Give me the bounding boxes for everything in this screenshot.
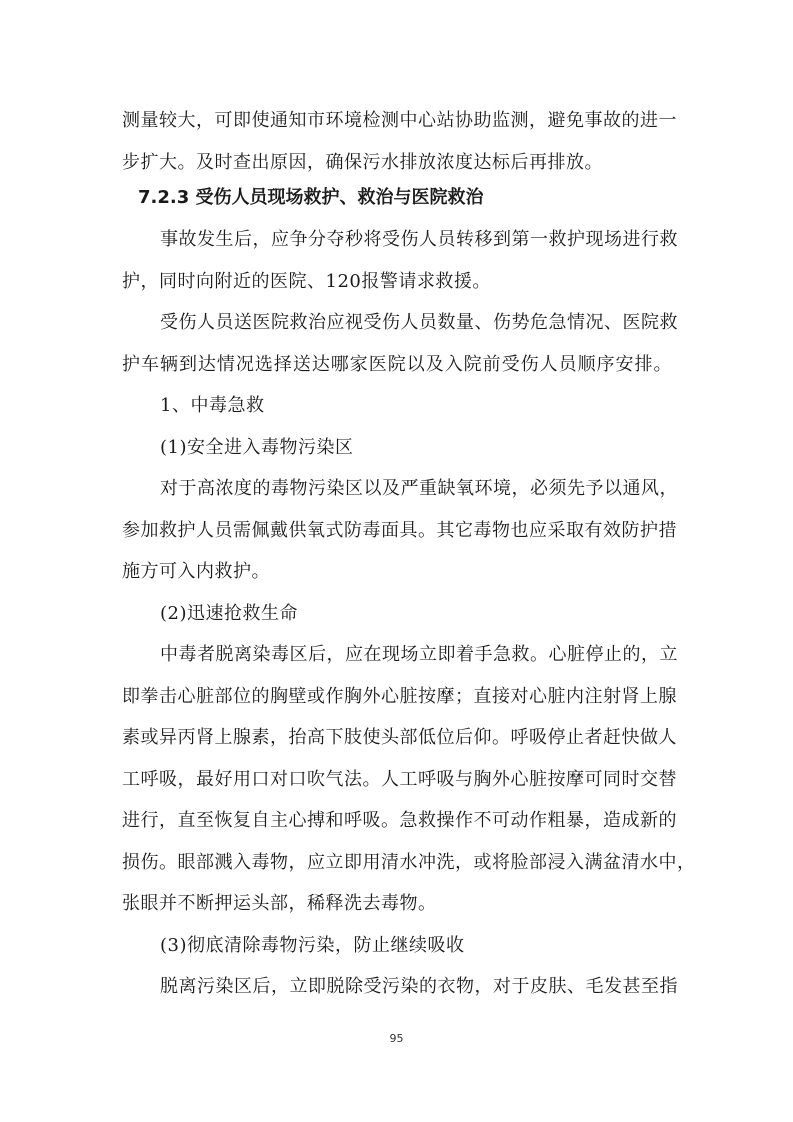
text-line: 对于高浓度的毒物污染区以及严重缺氧环境，必须先予以通风，	[122, 468, 672, 510]
section-heading: 7.2.3 受伤人员现场救护、救治与医院救治	[122, 183, 672, 219]
text-line: 参加救护人员需佩戴供氧式防毒面具。其它毒物也应采取有效防护措	[122, 510, 672, 552]
text-line: 步扩大。及时查出原因，确保污水排放浓度达标后再排放。	[122, 142, 672, 184]
text-line: 脱离污染区后，立即脱除受污染的衣物，对于皮肤、毛发甚至指	[122, 966, 672, 1008]
text-line: 素或异丙肾上腺素，抬高下肢使头部低位后仰。呼吸停止者赶快做人	[122, 717, 672, 759]
subsection-heading: (2)迅速抢救生命	[122, 593, 672, 635]
text-line: 中毒者脱离染毒区后，应在现场立即着手急救。心脏停止的，立	[122, 634, 672, 676]
document-page: 测量较大，可即使通知市环境检测中心站协助监测，避免事故的进一 步扩大。及时查出原…	[122, 100, 672, 1008]
text-line: 损伤。眼部溅入毒物，应立即用清水冲洗，或将脸部浸入满盆清水中，	[122, 842, 672, 884]
page-number: 95	[0, 1032, 793, 1045]
text-line: 工呼吸，最好用口对口吹气法。人工呼吸与胸外心脏按摩可同时交替	[122, 759, 672, 801]
text-line: 即拳击心脏部位的胸壁或作胸外心脏按摩；直接对心脏内注射肾上腺	[122, 676, 672, 718]
text-line: 受伤人员送医院救治应视受伤人员数量、伤势危急情况、医院救	[122, 302, 672, 344]
subsection-heading: (3)彻底清除毒物污染，防止继续吸收	[122, 925, 672, 967]
subsection-heading: (1)安全进入毒物污染区	[122, 427, 672, 469]
text-line: 进行，直至恢复自主心搏和呼吸。急救操作不可动作粗暴，造成新的	[122, 800, 672, 842]
text-line: 护车辆到达情况选择送达哪家医院以及入院前受伤人员顺序安排。	[122, 344, 672, 386]
text-line: 测量较大，可即使通知市环境检测中心站协助监测，避免事故的进一	[122, 100, 672, 142]
text-line: 施方可入内救护。	[122, 551, 672, 593]
text-line: 护，同时向附近的医院、120报警请求救援。	[122, 261, 672, 303]
text-line: 张眼并不断押运头部，稀释洗去毒物。	[122, 883, 672, 925]
text-line: 事故发生后，应争分夺秒将受伤人员转移到第一救护现场进行救	[122, 219, 672, 261]
list-heading: 1、中毒急救	[122, 385, 672, 427]
